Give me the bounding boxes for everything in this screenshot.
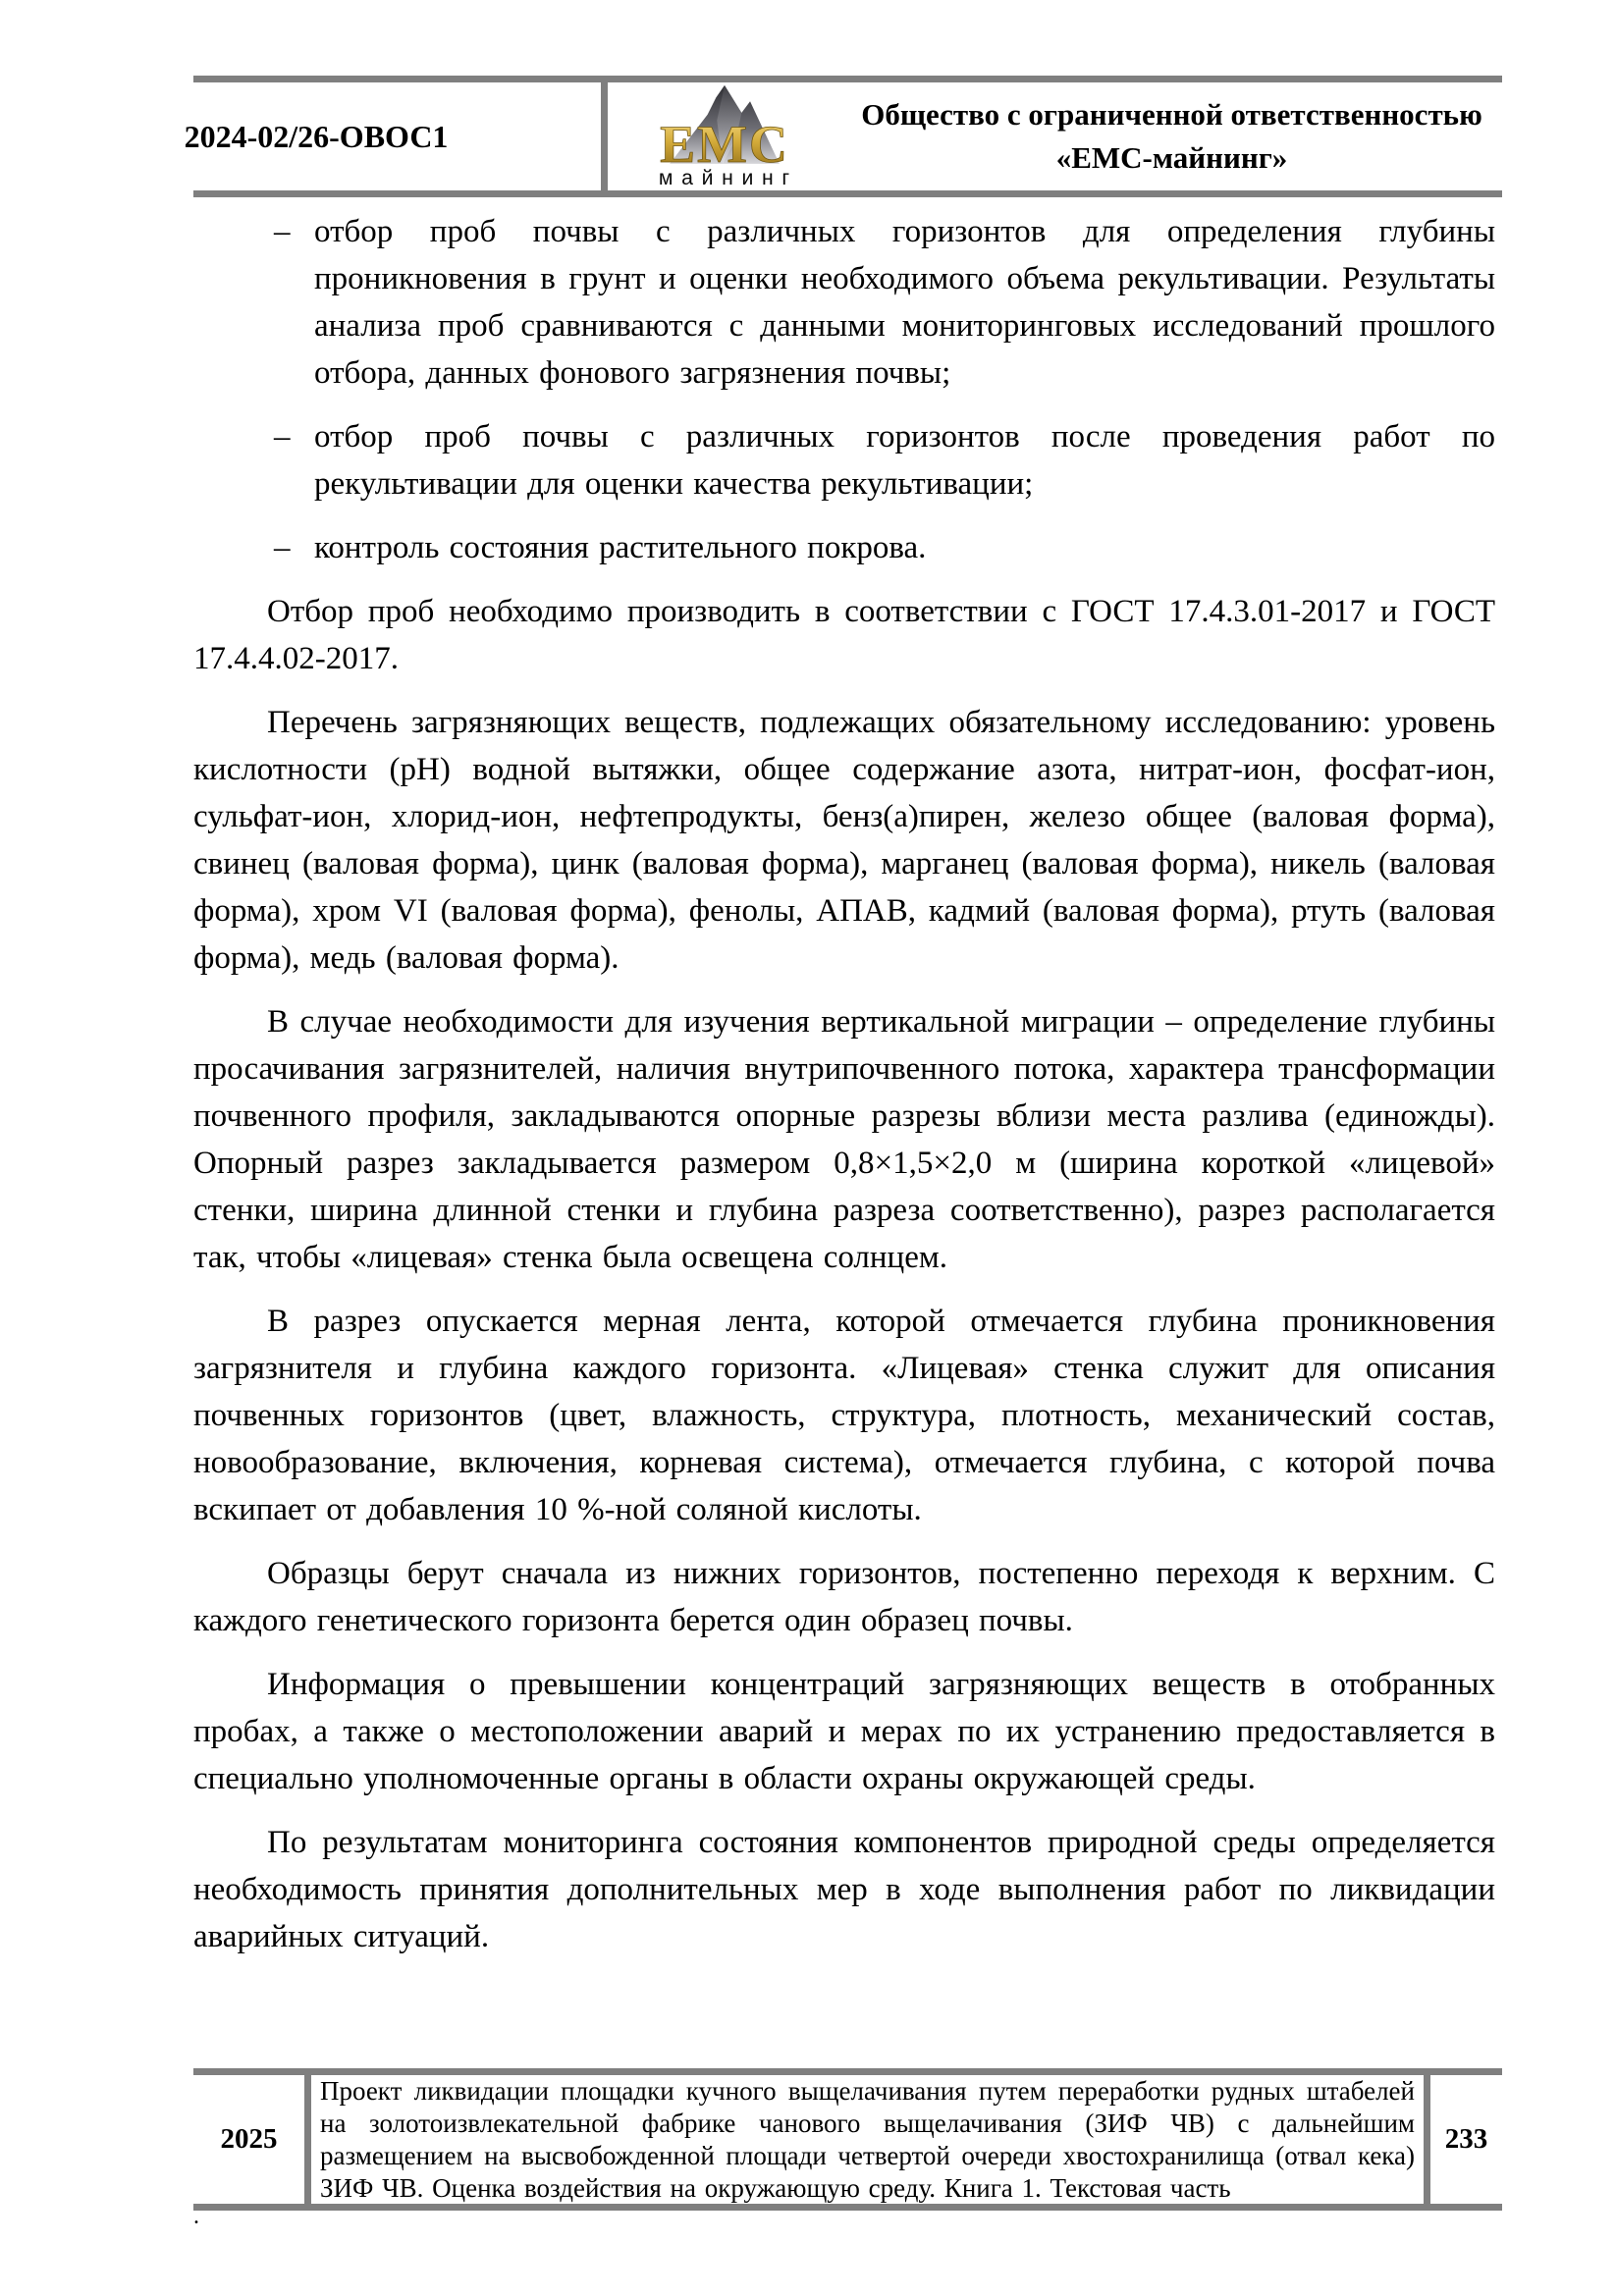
company-name-line2: «ЕМС-майнинг» <box>1056 136 1288 180</box>
list-item: – отбор проб почвы с различных горизонто… <box>193 208 1495 397</box>
header-divider <box>601 82 608 190</box>
stray-mark: . <box>193 2212 199 2221</box>
paragraph: В случае необходимости для изучения верт… <box>193 998 1495 1281</box>
footer-page-number: 233 <box>1430 2075 1502 2204</box>
footer-project-description: Проект ликвидации площадки кучного выщел… <box>311 2075 1424 2204</box>
footer-year: 2025 <box>193 2075 304 2204</box>
mountain-logo-icon: ЕМС майнинг <box>626 82 823 188</box>
paragraph: Отбор проб необходимо производить в соот… <box>193 588 1495 682</box>
list-item-text: отбор проб почвы с различных горизонтов … <box>314 214 1495 391</box>
paragraph: Образцы берут сначала из нижних горизонт… <box>193 1550 1495 1644</box>
document-page: { "header": { "doc_number": "2024-02/26-… <box>0 0 1616 2296</box>
list-item-text: контроль состояния растительного покрова… <box>314 530 926 565</box>
logo-text-main: ЕМС <box>660 115 789 174</box>
bullet-dash: – <box>274 208 291 255</box>
bullet-dash: – <box>274 524 291 571</box>
list-item-text: отбор проб почвы с различных горизонтов … <box>314 419 1495 502</box>
list-item: – отбор проб почвы с различных горизонто… <box>193 413 1495 507</box>
footer-row: 2025 Проект ликвидации площадки кучного … <box>193 2075 1502 2204</box>
footer-divider-left <box>304 2075 311 2204</box>
emc-mining-logo: ЕМС майнинг <box>608 82 841 190</box>
page-body: – отбор проб почвы с различных горизонто… <box>193 196 1495 1977</box>
header-table: 2024-02/26-ОВОС1 <box>193 76 1502 197</box>
footer-bottom-bar <box>193 2204 1502 2211</box>
header-row: 2024-02/26-ОВОС1 <box>193 82 1502 190</box>
doc-number: 2024-02/26-ОВОС1 <box>193 82 601 190</box>
logo-text-sub: майнинг <box>659 167 798 188</box>
paragraph: Информация о превышении концентраций заг… <box>193 1661 1495 1802</box>
bullet-dash: – <box>274 413 291 460</box>
paragraph: По результатам мониторинга состояния ком… <box>193 1819 1495 1960</box>
header-top-bar <box>193 76 1502 82</box>
paragraph: В разрез опускается мерная лента, которо… <box>193 1298 1495 1533</box>
list-item: – контроль состояния растительного покро… <box>193 524 1495 571</box>
footer-divider-right <box>1424 2075 1430 2204</box>
footer-table: 2025 Проект ликвидации площадки кучного … <box>193 2068 1502 2211</box>
company-name-line1: Общество с ограниченной ответственностью <box>861 93 1482 136</box>
company-name: Общество с ограниченной ответственностью… <box>841 82 1502 190</box>
paragraph: Перечень загрязняющих веществ, подлежащи… <box>193 699 1495 982</box>
